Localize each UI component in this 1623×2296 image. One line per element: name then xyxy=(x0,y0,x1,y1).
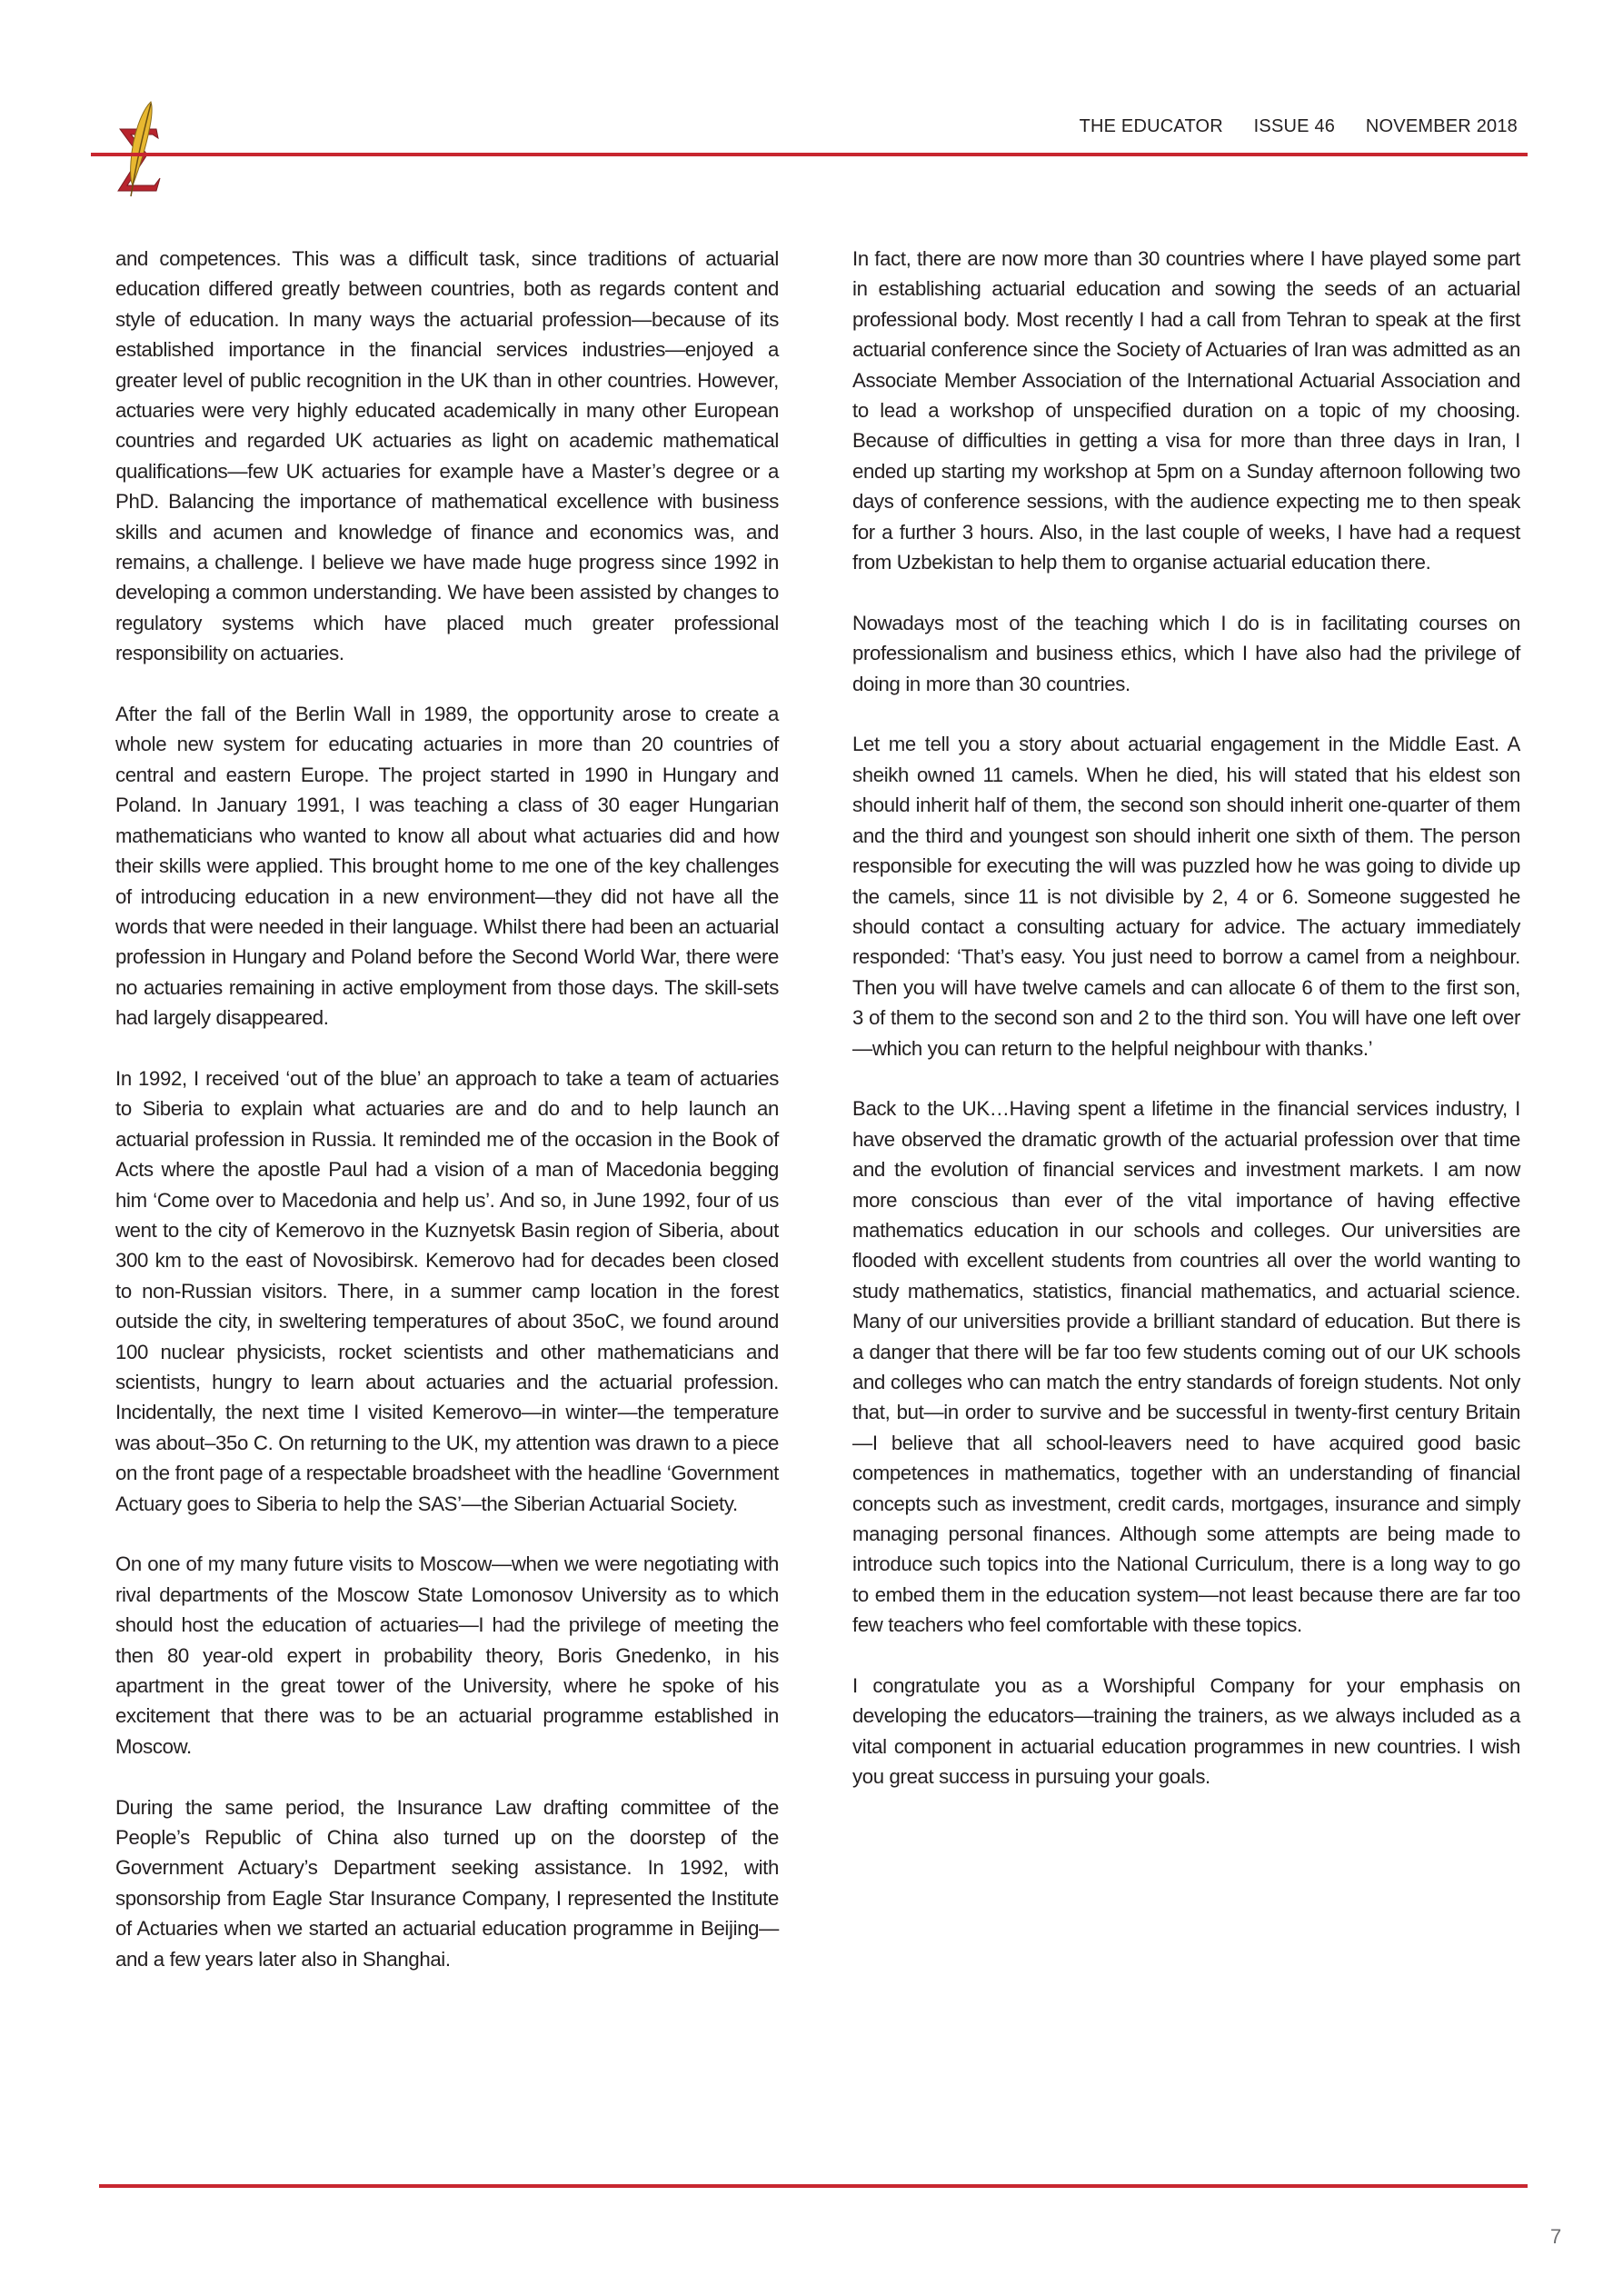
article-left-column: and competences. This was a difficult ta… xyxy=(115,244,779,2004)
paragraph: In fact, there are now more than 30 coun… xyxy=(852,244,1520,577)
running-header: THE EDUCATOR ISSUE 46 NOVEMBER 2018 xyxy=(1080,116,1518,137)
paragraph: and competences. This was a difficult ta… xyxy=(115,244,779,669)
issue-number: ISSUE 46 xyxy=(1254,116,1335,136)
issue-date: NOVEMBER 2018 xyxy=(1366,116,1518,136)
paragraph: Back to the UK…Having spent a lifetime i… xyxy=(852,1093,1520,1640)
paragraph: In 1992, I received ‘out of the blue’ an… xyxy=(115,1063,779,1519)
paragraph: I congratulate you as a Worshipful Compa… xyxy=(852,1671,1520,1792)
paragraph: After the fall of the Berlin Wall in 198… xyxy=(115,699,779,1033)
paragraph: Let me tell you a story about actuarial … xyxy=(852,729,1520,1063)
paragraph: On one of my many future visits to Mosco… xyxy=(115,1549,779,1762)
publication-name: THE EDUCATOR xyxy=(1080,116,1223,136)
footer-rule xyxy=(99,2184,1528,2188)
page-number: 7 xyxy=(1550,2225,1561,2249)
header-rule xyxy=(91,153,1528,156)
paragraph: During the same period, the Insurance La… xyxy=(115,1792,779,1974)
article-right-column: In fact, there are now more than 30 coun… xyxy=(852,244,1520,1822)
paragraph: Nowadays most of the teaching which I do… xyxy=(852,608,1520,699)
